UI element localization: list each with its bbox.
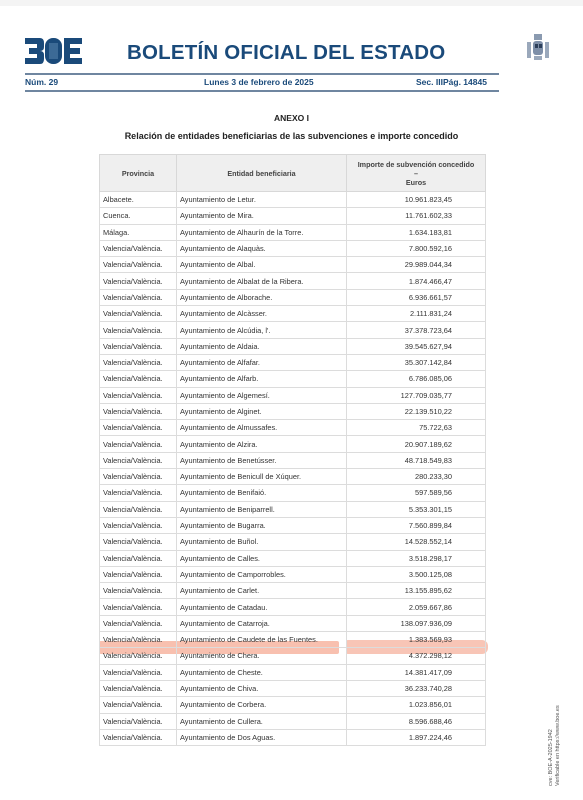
entity-cell: Ayuntamiento de Cheste. bbox=[177, 664, 347, 680]
table-row: Valencia/València.Ayuntamiento de Bugarr… bbox=[100, 517, 486, 533]
province-cell: Valencia/València. bbox=[100, 354, 177, 370]
entity-cell: Ayuntamiento de Benicull de Xúquer. bbox=[177, 469, 347, 485]
header-divider-bottom bbox=[25, 90, 499, 92]
province-cell: Valencia/València. bbox=[100, 550, 177, 566]
amount-cell: 1.897.224,46 bbox=[347, 729, 486, 745]
amount-cell: 7.560.899,84 bbox=[347, 517, 486, 533]
amount-cell: 2.059.667,86 bbox=[347, 599, 486, 615]
entity-cell: Ayuntamiento de Albal. bbox=[177, 257, 347, 273]
entity-cell: Ayuntamiento de Chiva. bbox=[177, 680, 347, 696]
amount-cell: 1.874.466,47 bbox=[347, 273, 486, 289]
province-cell: Valencia/València. bbox=[100, 273, 177, 289]
page-number: Pág. 14845 bbox=[443, 77, 487, 87]
importe-header-line1: Importe de subvención concedido bbox=[349, 160, 483, 169]
col-header-importe: Importe de subvención concedido – Euros bbox=[347, 155, 486, 192]
province-cell: Valencia/València. bbox=[100, 436, 177, 452]
entity-cell: Ayuntamiento de Algemesí. bbox=[177, 387, 347, 403]
table-row: Valencia/València.Ayuntamiento de Almuss… bbox=[100, 420, 486, 436]
amount-cell: 280.233,30 bbox=[347, 469, 486, 485]
table-row: Málaga.Ayuntamiento de Alhaurín de la To… bbox=[100, 224, 486, 240]
entity-cell: Ayuntamiento de Corbera. bbox=[177, 697, 347, 713]
province-cell: Valencia/València. bbox=[100, 485, 177, 501]
entity-cell: Ayuntamiento de Mira. bbox=[177, 208, 347, 224]
table-row: Valencia/València.Ayuntamiento de Caudet… bbox=[100, 632, 486, 648]
entity-cell: Ayuntamiento de Aldaia. bbox=[177, 338, 347, 354]
publication-title: BOLETÍN OFICIAL DEL ESTADO bbox=[127, 41, 445, 65]
amount-cell: 2.111.831,24 bbox=[347, 306, 486, 322]
province-cell: Cuenca. bbox=[100, 208, 177, 224]
beneficiaries-table: Provincia Entidad beneficiaria Importe d… bbox=[99, 154, 486, 746]
table-row: Cuenca.Ayuntamiento de Mira.11.761.602,3… bbox=[100, 208, 486, 224]
entity-cell: Ayuntamiento de Cullera. bbox=[177, 713, 347, 729]
amount-cell: 35.307.142,84 bbox=[347, 354, 486, 370]
entity-cell: Ayuntamiento de Alcàsser. bbox=[177, 306, 347, 322]
entity-cell: Ayuntamiento de Beniparrell. bbox=[177, 501, 347, 517]
province-cell: Valencia/València. bbox=[100, 322, 177, 338]
table-row: Valencia/València.Ayuntamiento de Buñol.… bbox=[100, 534, 486, 550]
province-cell: Málaga. bbox=[100, 224, 177, 240]
annex-title: ANEXO I bbox=[0, 113, 583, 123]
entity-cell: Ayuntamiento de Albalat de la Ribera. bbox=[177, 273, 347, 289]
table-row: Valencia/València.Ayuntamiento de Corber… bbox=[100, 697, 486, 713]
amount-cell: 11.761.602,33 bbox=[347, 208, 486, 224]
entity-cell: Ayuntamiento de Almussafes. bbox=[177, 420, 347, 436]
amount-cell: 22.139.510,22 bbox=[347, 403, 486, 419]
table-header-row: Provincia Entidad beneficiaria Importe d… bbox=[100, 155, 486, 192]
table-row: Valencia/València.Ayuntamiento de Algeme… bbox=[100, 387, 486, 403]
entity-cell: Ayuntamiento de Alfafar. bbox=[177, 354, 347, 370]
amount-cell: 138.097.936,09 bbox=[347, 615, 486, 631]
table-row: Valencia/València.Ayuntamiento de Dos Ag… bbox=[100, 729, 486, 745]
province-cell: Valencia/València. bbox=[100, 713, 177, 729]
province-cell: Valencia/València. bbox=[100, 371, 177, 387]
table-row: Valencia/València.Ayuntamiento de Chiva.… bbox=[100, 680, 486, 696]
amount-cell: 37.378.723,64 bbox=[347, 322, 486, 338]
table-row: Valencia/València.Ayuntamiento de Cheste… bbox=[100, 664, 486, 680]
col-header-entidad: Entidad beneficiaria bbox=[177, 155, 347, 192]
province-cell: Albacete. bbox=[100, 192, 177, 208]
province-cell: Valencia/València. bbox=[100, 697, 177, 713]
amount-cell: 597.589,56 bbox=[347, 485, 486, 501]
table-row: Valencia/València.Ayuntamiento de Albal.… bbox=[100, 257, 486, 273]
issue-number: Núm. 29 bbox=[25, 77, 58, 87]
table-row: Valencia/València.Ayuntamiento de Alfafa… bbox=[100, 354, 486, 370]
province-cell: Valencia/València. bbox=[100, 664, 177, 680]
amount-cell: 127.709.035,77 bbox=[347, 387, 486, 403]
entity-cell: Ayuntamiento de Letur. bbox=[177, 192, 347, 208]
table-row: Valencia/València.Ayuntamiento de Calles… bbox=[100, 550, 486, 566]
table-row: Valencia/València.Ayuntamiento de Albala… bbox=[100, 273, 486, 289]
table-row: Valencia/València.Ayuntamiento de Alcàss… bbox=[100, 306, 486, 322]
province-cell: Valencia/València. bbox=[100, 469, 177, 485]
amount-cell: 7.800.592,16 bbox=[347, 240, 486, 256]
province-cell: Valencia/València. bbox=[100, 680, 177, 696]
amount-cell: 1.634.183,81 bbox=[347, 224, 486, 240]
entity-cell: Ayuntamiento de Chera. bbox=[177, 648, 347, 664]
table-row: Valencia/València.Ayuntamiento de Alzira… bbox=[100, 436, 486, 452]
province-cell: Valencia/València. bbox=[100, 615, 177, 631]
amount-cell: 3.518.298,17 bbox=[347, 550, 486, 566]
entity-cell: Ayuntamiento de Alzira. bbox=[177, 436, 347, 452]
amount-cell: 1.383.569,93 bbox=[347, 632, 486, 648]
entity-cell: Ayuntamiento de Buñol. bbox=[177, 534, 347, 550]
section-label: Sec. III. bbox=[416, 77, 445, 87]
province-cell: Valencia/València. bbox=[100, 420, 177, 436]
annex-subtitle: Relación de entidades beneficiarias de l… bbox=[0, 131, 583, 141]
coat-of-arms-icon bbox=[527, 32, 549, 64]
amount-cell: 5.353.301,15 bbox=[347, 501, 486, 517]
amount-cell: 13.155.895,62 bbox=[347, 583, 486, 599]
issue-date: Lunes 3 de febrero de 2025 bbox=[204, 77, 314, 87]
entity-cell: Ayuntamiento de Bugarra. bbox=[177, 517, 347, 533]
table-row: Valencia/València.Ayuntamiento de Benetú… bbox=[100, 452, 486, 468]
entity-cell: Ayuntamiento de Catadau. bbox=[177, 599, 347, 615]
province-cell: Valencia/València. bbox=[100, 338, 177, 354]
entity-cell: Ayuntamiento de Catarroja. bbox=[177, 615, 347, 631]
amount-cell: 20.907.189,62 bbox=[347, 436, 486, 452]
boe-logo-icon bbox=[25, 38, 82, 64]
entity-cell: Ayuntamiento de Alcúdia, l'. bbox=[177, 322, 347, 338]
entity-cell: Ayuntamiento de Benifaió. bbox=[177, 485, 347, 501]
table-row: Valencia/València.Ayuntamiento de Campor… bbox=[100, 566, 486, 582]
amount-cell: 39.545.627,94 bbox=[347, 338, 486, 354]
entity-cell: Ayuntamiento de Carlet. bbox=[177, 583, 347, 599]
table-row: Valencia/València.Ayuntamiento de Albora… bbox=[100, 289, 486, 305]
amount-cell: 6.936.661,57 bbox=[347, 289, 486, 305]
col-header-provincia: Provincia bbox=[100, 155, 177, 192]
province-cell: Valencia/València. bbox=[100, 240, 177, 256]
amount-cell: 14.528.552,14 bbox=[347, 534, 486, 550]
cve-code: cve: BOE-A-2025-1942 bbox=[548, 705, 555, 786]
page-header: BOLETÍN OFICIAL DEL ESTADO bbox=[25, 36, 560, 70]
table-row: Valencia/València.Ayuntamiento de Chera.… bbox=[100, 648, 486, 664]
table-row: Valencia/València.Ayuntamiento de Carlet… bbox=[100, 583, 486, 599]
amount-cell: 36.233.740,28 bbox=[347, 680, 486, 696]
amount-cell: 14.381.417,09 bbox=[347, 664, 486, 680]
amount-cell: 75.722,63 bbox=[347, 420, 486, 436]
province-cell: Valencia/València. bbox=[100, 387, 177, 403]
table-row: Valencia/València.Ayuntamiento de Catada… bbox=[100, 599, 486, 615]
province-cell: Valencia/València. bbox=[100, 534, 177, 550]
entity-cell: Ayuntamiento de Alaquàs. bbox=[177, 240, 347, 256]
amount-cell: 8.596.688,46 bbox=[347, 713, 486, 729]
amount-cell: 10.961.823,45 bbox=[347, 192, 486, 208]
table-body: Albacete.Ayuntamiento de Letur.10.961.82… bbox=[100, 192, 486, 746]
entity-cell: Ayuntamiento de Calles. bbox=[177, 550, 347, 566]
province-cell: Valencia/València. bbox=[100, 648, 177, 664]
province-cell: Valencia/València. bbox=[100, 566, 177, 582]
province-cell: Valencia/València. bbox=[100, 729, 177, 745]
importe-header-line3: Euros bbox=[349, 178, 483, 187]
province-cell: Valencia/València. bbox=[100, 632, 177, 648]
amount-cell: 3.500.125,08 bbox=[347, 566, 486, 582]
province-cell: Valencia/València. bbox=[100, 452, 177, 468]
table-row: Valencia/València.Ayuntamiento de Catarr… bbox=[100, 615, 486, 631]
entity-cell: Ayuntamiento de Alhaurín de la Torre. bbox=[177, 224, 347, 240]
province-cell: Valencia/València. bbox=[100, 306, 177, 322]
amount-cell: 1.023.856,01 bbox=[347, 697, 486, 713]
table-row: Valencia/València.Ayuntamiento de Benicu… bbox=[100, 469, 486, 485]
header-divider-top bbox=[25, 73, 499, 75]
amount-cell: 6.786.085,06 bbox=[347, 371, 486, 387]
province-cell: Valencia/València. bbox=[100, 583, 177, 599]
table-row: Valencia/València.Ayuntamiento de Culler… bbox=[100, 713, 486, 729]
top-band bbox=[0, 0, 583, 6]
amount-cell: 4.372.298,12 bbox=[347, 648, 486, 664]
importe-header-line2: – bbox=[349, 169, 483, 178]
table-row: Valencia/València.Ayuntamiento de Alfarb… bbox=[100, 371, 486, 387]
province-cell: Valencia/València. bbox=[100, 599, 177, 615]
entity-cell: Ayuntamiento de Alginet. bbox=[177, 403, 347, 419]
province-cell: Valencia/València. bbox=[100, 289, 177, 305]
entity-cell: Ayuntamiento de Benetússer. bbox=[177, 452, 347, 468]
table-row: Valencia/València.Ayuntamiento de Algine… bbox=[100, 403, 486, 419]
verification-note: cve: BOE-A-2025-1942 Verificable en http… bbox=[548, 705, 562, 786]
entity-cell: Ayuntamiento de Alborache. bbox=[177, 289, 347, 305]
province-cell: Valencia/València. bbox=[100, 517, 177, 533]
entity-cell: Ayuntamiento de Alfarb. bbox=[177, 371, 347, 387]
table-row: Valencia/València.Ayuntamiento de Aldaia… bbox=[100, 338, 486, 354]
table-row: Valencia/València.Ayuntamiento de Benifa… bbox=[100, 485, 486, 501]
table-row: Albacete.Ayuntamiento de Letur.10.961.82… bbox=[100, 192, 486, 208]
entity-cell: Ayuntamiento de Caudete de las Fuentes. bbox=[177, 632, 347, 648]
province-cell: Valencia/València. bbox=[100, 257, 177, 273]
entity-cell: Ayuntamiento de Dos Aguas. bbox=[177, 729, 347, 745]
amount-cell: 29.989.044,34 bbox=[347, 257, 486, 273]
entity-cell: Ayuntamiento de Camporrobles. bbox=[177, 566, 347, 582]
table-row: Valencia/València.Ayuntamiento de Alcúdi… bbox=[100, 322, 486, 338]
province-cell: Valencia/València. bbox=[100, 501, 177, 517]
table-row: Valencia/València.Ayuntamiento de Benipa… bbox=[100, 501, 486, 517]
table-row: Valencia/València.Ayuntamiento de Alaquà… bbox=[100, 240, 486, 256]
verify-url: Verificable en https://www.boe.es bbox=[555, 705, 562, 786]
province-cell: Valencia/València. bbox=[100, 403, 177, 419]
amount-cell: 48.718.549,83 bbox=[347, 452, 486, 468]
